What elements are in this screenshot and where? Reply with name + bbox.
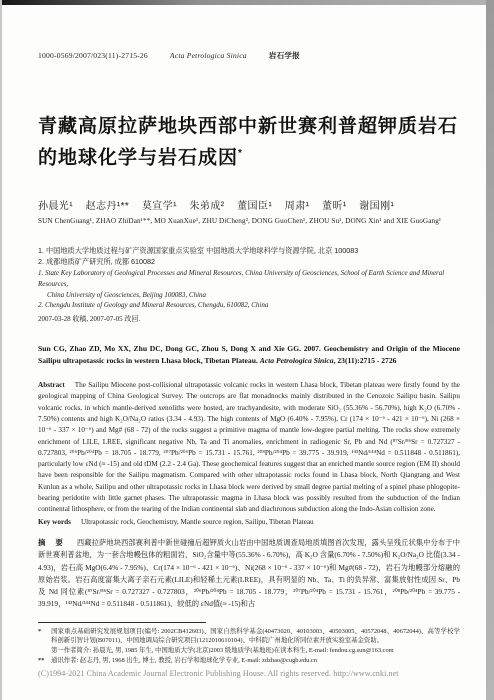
citation-line: Sun CG, Zhao ZD, Mo XX, Zhu DC, Dong GC,… bbox=[38, 343, 460, 367]
cnki-copyright-line: (C)1994-2021 China Academic Journal Elec… bbox=[38, 669, 460, 678]
affiliation-en-1-cont: China University of Geosciences, Beijing… bbox=[38, 290, 460, 301]
footnote-corresponding-author-text: 通讯作者: 赵志丹, 男, 1968 出生, 博士, 教授, 岩石学和地球化学专… bbox=[51, 657, 317, 664]
scanned-paper-page: 1000-0569/2007/023(11)-2715-26 Acta Petr… bbox=[0, 0, 494, 700]
article-code: 1000-0569/2007/023(11)-2715-26 bbox=[38, 51, 148, 60]
authors-chinese: 孙晨光¹ 赵志丹¹** 莫宣学¹ 朱弟成² 董国臣¹ 周肃¹ 董昕¹ 谢国刚¹ bbox=[38, 197, 460, 212]
affiliation-en-1: 1. State Key Laboratory of Geological Pr… bbox=[38, 268, 460, 290]
citation-journal-name: Acta Petrologica Sinica bbox=[260, 356, 334, 365]
footnotes-block: *国家重点基础研究发展规划项目(编号: 2002CB412603)、国家自然科学… bbox=[38, 627, 460, 666]
article-title: 青藏高原拉萨地块西部中新世赛利普超钾质岩石 的地球化学与岩石成因* bbox=[38, 113, 460, 171]
footnote-first-author-text: 第一作者简介: 孙晨光, 男, 1985 年生, 中国地质大学(北京)2003 … bbox=[51, 647, 394, 654]
citation-pages: , 23(11):2715 - 2726 bbox=[334, 356, 397, 365]
keywords-text: Ultrapotassic rock, Geochemistry, Mantle… bbox=[81, 518, 314, 526]
received-revised-dates: 2007-03-28 收稿, 2007-07-05 改回. bbox=[38, 314, 460, 324]
affiliation-cn-2: 2. 成都地质矿产研究所, 成都 610082 bbox=[38, 257, 460, 268]
authors-english: SUN ChenGuang¹, ZHAO ZhiDan¹**, MO XuanX… bbox=[38, 217, 460, 225]
affiliation-cn-1: 1. 中国地质大学地质过程与矿产资源国家重点实验室 中国地质大学地球科学与资源学… bbox=[38, 246, 460, 257]
abstract-label: Abstract bbox=[38, 381, 65, 389]
footnote-funding-text: 国家重点基础研究发展规划项目(编号: 2002CB412603)、国家自然科学基… bbox=[51, 628, 460, 645]
abstract-cn-label: 摘 要 bbox=[38, 538, 67, 547]
abstract-chinese: 摘 要西藏拉萨地块西部赛利普中新世碰撞后超钾质火山岩由中国地质调查局地质填图首次… bbox=[38, 537, 460, 611]
affiliations-block: 1. 中国地质大学地质过程与矿产资源国家重点实验室 中国地质大学地球科学与资源学… bbox=[38, 246, 460, 311]
footnote-corresponding-author: **通讯作者: 赵志丹, 男, 1968 出生, 博士, 教授, 岩石学和地球化… bbox=[38, 656, 460, 666]
journal-header: 1000-0569/2007/023(11)-2715-26 Acta Petr… bbox=[38, 0, 460, 61]
footnote-first-author: 第一作者简介: 孙晨光, 男, 1985 年生, 中国地质大学(北京)2003 … bbox=[38, 646, 460, 656]
abstract-text: The Sailipu Miocene post-collisional ult… bbox=[38, 381, 460, 513]
keywords-label: Key words bbox=[38, 518, 71, 526]
title-line-2: 的地球化学与岩石成因* bbox=[38, 140, 460, 171]
title-footnote-marker: * bbox=[238, 148, 243, 159]
abstract-english: AbstractThe Sailipu Miocene post-collisi… bbox=[38, 380, 460, 516]
keywords-line: Key wordsUltrapotassic rock, Geochemistr… bbox=[38, 517, 460, 528]
footnote-funding-marker: * bbox=[38, 627, 51, 637]
journal-name-en: Acta Petrologica Sinica bbox=[170, 51, 247, 60]
affiliation-en-2: 2. Chengdu Institute of Geology and Mine… bbox=[38, 300, 460, 311]
title-line-2-text: 的地球化学与岩石成因 bbox=[38, 147, 238, 168]
abstract-cn-text: 西藏拉萨地块西部赛利普中新世碰撞后超钾质火山岩由中国地质调查局地质填图首次发现，… bbox=[38, 538, 460, 608]
journal-name-cn: 岩石学报 bbox=[269, 50, 300, 61]
title-line-1: 青藏高原拉萨地块西部中新世赛利普超钾质岩石 bbox=[38, 113, 460, 140]
citation-main: Sun CG, Zhao ZD, Mo XX, Zhu DC, Dong GC,… bbox=[38, 344, 460, 365]
footnote-separator-rule bbox=[38, 622, 206, 623]
footnote-corresponding-author-marker: ** bbox=[38, 656, 51, 666]
footnote-funding: *国家重点基础研究发展规划项目(编号: 2002CB412603)、国家自然科学… bbox=[38, 627, 460, 646]
page-content: 1000-0569/2007/023(11)-2715-26 Acta Petr… bbox=[0, 0, 494, 700]
